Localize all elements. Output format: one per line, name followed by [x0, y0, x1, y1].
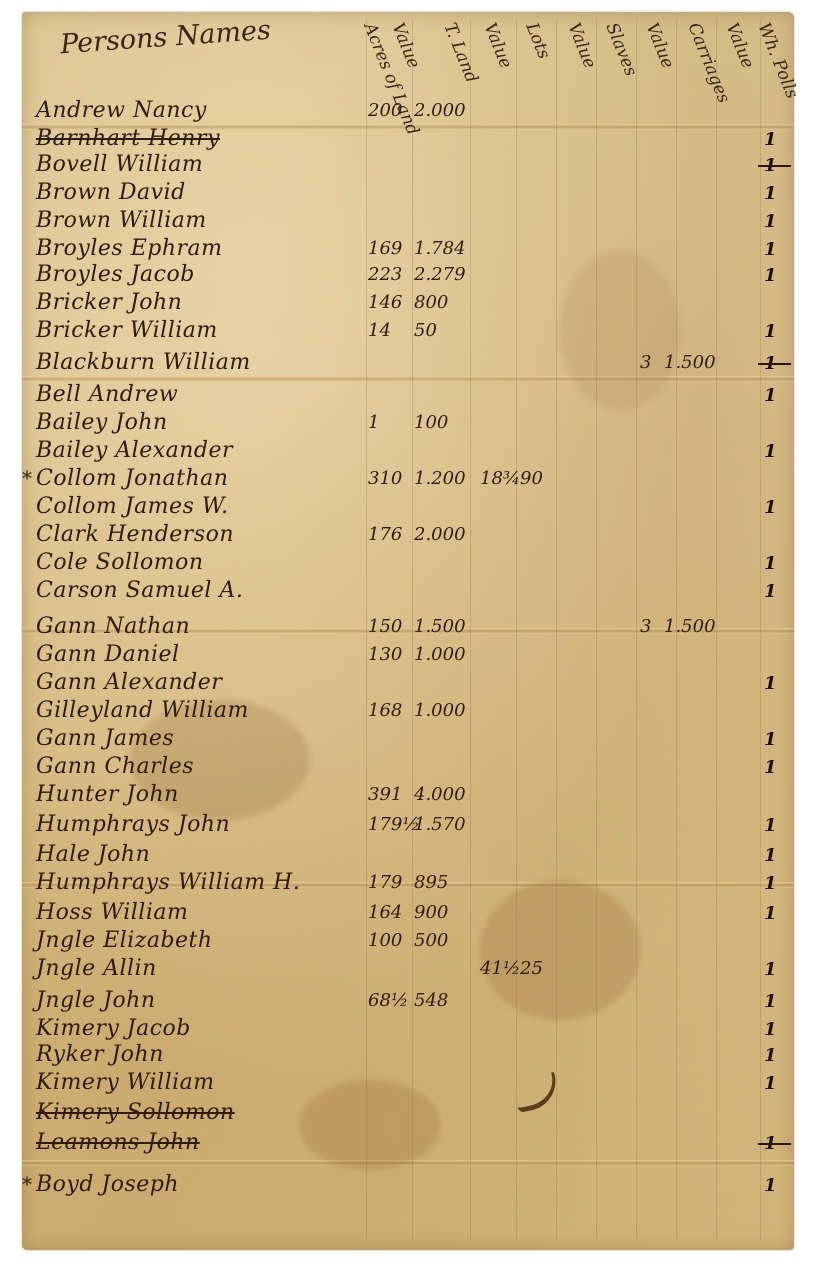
white-polls-tally: 1: [764, 1073, 777, 1094]
land-value: 800: [414, 292, 448, 313]
ledger-row: Jngle Elizabeth100500: [0, 928, 815, 956]
land-value: 2.000: [414, 100, 466, 121]
white-polls-tally: 1: [764, 1019, 777, 1040]
land-value: 50: [414, 320, 437, 341]
ledger-row: Humphrays William H.1798951: [0, 870, 815, 898]
person-name: Boyd Joseph: [36, 1172, 179, 1197]
person-name: Barnhart Henry: [36, 126, 220, 151]
person-name: Clark Henderson: [36, 522, 234, 547]
asterisk-mark: *: [22, 1172, 32, 1196]
ledger-row: *Collom Jonathan3101.20018¾90: [0, 466, 815, 494]
ledger-row: Brown William1: [0, 208, 815, 236]
ledger-row: Kimery William1: [0, 1070, 815, 1098]
acres-of-land: 146: [368, 292, 402, 313]
white-polls-tally: 1: [764, 441, 777, 462]
slaves-value: 1.500: [664, 352, 716, 373]
white-polls-tally: 1: [764, 183, 777, 204]
white-polls-tally: 1: [764, 903, 777, 924]
ledger-row: Gilleyland William1681.000: [0, 698, 815, 726]
slaves-value: 1.500: [664, 616, 716, 637]
white-polls-tally: 1: [764, 155, 777, 176]
ledger-row: Collom James W.1: [0, 494, 815, 522]
ledger-row: Ryker John1: [0, 1042, 815, 1070]
acres-of-land: 164: [368, 902, 402, 923]
acres-of-land: 14: [368, 320, 391, 341]
acres-of-land: 310: [368, 468, 402, 489]
town-land-value: 25: [520, 958, 543, 979]
person-name: Broyles Ephram: [36, 236, 223, 261]
white-polls-tally: 1: [764, 959, 777, 980]
white-polls-tally: 1: [764, 265, 777, 286]
ledger-row: Bricker William14501: [0, 318, 815, 346]
person-name: Bailey John: [36, 410, 168, 435]
town-land-value: 90: [520, 468, 543, 489]
white-polls-tally: 1: [764, 1133, 777, 1154]
white-polls-tally: 1: [764, 757, 777, 778]
white-polls-tally: 1: [764, 673, 777, 694]
ledger-row: Humphrays John179½1.5701: [0, 812, 815, 840]
person-name: Kimery William: [36, 1070, 215, 1095]
ledger-row: Cole Sollomon1: [0, 550, 815, 578]
white-polls-tally: 1: [764, 385, 777, 406]
ledger-row: Gann Daniel1301.000: [0, 642, 815, 670]
ledger-row: Bovell William1: [0, 152, 815, 180]
person-name: Gann Nathan: [36, 614, 190, 639]
town-land: 18¾: [480, 468, 520, 489]
person-name: Jngle Elizabeth: [36, 928, 213, 953]
ledger-row: Andrew Nancy2002.000: [0, 98, 815, 126]
land-value: 1.000: [414, 644, 466, 665]
ledger-row: Hunter John3914.000: [0, 782, 815, 810]
white-polls-tally: 1: [764, 553, 777, 574]
person-name: Broyles Jacob: [36, 262, 195, 287]
white-polls-tally: 1: [764, 1045, 777, 1066]
asterisk-mark: *: [22, 466, 32, 490]
land-value: 4.000: [414, 784, 466, 805]
land-value: 548: [414, 990, 448, 1011]
person-name: Gann Charles: [36, 754, 194, 779]
person-name: Bricker John: [36, 290, 182, 315]
ledger-row: Hale John1: [0, 842, 815, 870]
person-name: Blackburn William: [36, 350, 251, 375]
land-value: 1.784: [414, 238, 466, 259]
acres-of-land: 179: [368, 872, 402, 893]
white-polls-tally: 1: [764, 991, 777, 1012]
person-name: Humphrays John: [36, 812, 230, 837]
acres-of-land: 100: [368, 930, 402, 951]
white-polls-tally: 1: [764, 845, 777, 866]
white-polls-tally: 1: [764, 815, 777, 836]
acres-of-land: 179½: [368, 814, 420, 835]
person-name: Hale John: [36, 842, 150, 867]
person-name: Brown David: [36, 180, 186, 205]
white-polls-tally: 1: [764, 353, 777, 374]
person-name: Ryker John: [36, 1042, 164, 1067]
white-polls-tally: 1: [764, 129, 777, 150]
ledger-row: Barnhart Henry1: [0, 126, 815, 154]
person-name: Leamons John: [36, 1130, 200, 1155]
white-polls-tally: 1: [764, 239, 777, 260]
person-name: Gilleyland William: [36, 698, 249, 723]
land-value: 900: [414, 902, 448, 923]
person-name: Humphrays William H.: [36, 870, 300, 895]
ledger-row: Brown David1: [0, 180, 815, 208]
ledger-row: Leamons John1: [0, 1130, 815, 1158]
ledger-row: Carson Samuel A.1: [0, 578, 815, 606]
person-name: Bell Andrew: [36, 382, 178, 407]
person-name: Gann Alexander: [36, 670, 222, 695]
ledger-row: Kimery Jacob1: [0, 1016, 815, 1044]
ledger-row: Blackburn William31.5001: [0, 350, 815, 378]
person-name: Collom Jonathan: [36, 466, 228, 491]
person-name: Carson Samuel A.: [36, 578, 243, 603]
ledger-row: Broyles Jacob2232.2791: [0, 262, 815, 290]
acres-of-land: 150: [368, 616, 402, 637]
ledger-row: Bailey Alexander1: [0, 438, 815, 466]
ledger-row: Gann Charles1: [0, 754, 815, 782]
ledger-row: Jngle Allin41½251: [0, 956, 815, 984]
acres-of-land: 130: [368, 644, 402, 665]
white-polls-tally: 1: [764, 1175, 777, 1196]
white-polls-tally: 1: [764, 729, 777, 750]
ledger-row: Bell Andrew1: [0, 382, 815, 410]
white-polls-tally: 1: [764, 581, 777, 602]
person-name: Gann Daniel: [36, 642, 180, 667]
person-name: Kimery Jacob: [36, 1016, 191, 1041]
land-value: 500: [414, 930, 448, 951]
ledger-row: Bricker John146800: [0, 290, 815, 318]
ledger-row: Gann James1: [0, 726, 815, 754]
ledger-row: Hoss William1649001: [0, 900, 815, 928]
acres-of-land: 223: [368, 264, 402, 285]
acres-of-land: 176: [368, 524, 402, 545]
person-name: Andrew Nancy: [36, 98, 207, 123]
acres-of-land: 68½: [368, 990, 408, 1011]
ledger-row: Bailey John1100: [0, 410, 815, 438]
ledger-row: Jngle John68½5481: [0, 988, 815, 1016]
person-name: Bovell William: [36, 152, 203, 177]
person-name: Bailey Alexander: [36, 438, 233, 463]
land-value: 2.000: [414, 524, 466, 545]
person-name: Jngle Allin: [36, 956, 157, 981]
acres-of-land: 1: [368, 412, 379, 433]
white-polls-tally: 1: [764, 321, 777, 342]
ledger-row: Clark Henderson1762.000: [0, 522, 815, 550]
person-name: Hunter John: [36, 782, 179, 807]
ledger-row: *Boyd Joseph1: [0, 1172, 815, 1200]
white-polls-tally: 1: [764, 497, 777, 518]
acres-of-land: 169: [368, 238, 402, 259]
person-name: Jngle John: [36, 988, 156, 1013]
land-value: 1.570: [414, 814, 466, 835]
ledger-row: Kimery Sollomon: [0, 1100, 815, 1128]
person-name: Kimery Sollomon: [36, 1100, 235, 1125]
land-value: 1.000: [414, 700, 466, 721]
land-value: 100: [414, 412, 448, 433]
ledger-row: Broyles Ephram1691.7841: [0, 236, 815, 264]
land-value: 895: [414, 872, 448, 893]
slaves-count: 3: [640, 616, 651, 637]
acres-of-land: 200: [368, 100, 402, 121]
person-name: Collom James W.: [36, 494, 229, 519]
person-name: Hoss William: [36, 900, 188, 925]
land-value: 2.279: [414, 264, 466, 285]
ledger-row: Gann Nathan1501.50031.500: [0, 614, 815, 642]
land-value: 1.500: [414, 616, 466, 637]
land-value: 1.200: [414, 468, 466, 489]
white-polls-tally: 1: [764, 873, 777, 894]
acres-of-land: 391: [368, 784, 402, 805]
person-name: Brown William: [36, 208, 207, 233]
acres-of-land: 168: [368, 700, 402, 721]
town-land: 41½: [480, 958, 520, 979]
slaves-count: 3: [640, 352, 651, 373]
person-name: Cole Sollomon: [36, 550, 204, 575]
white-polls-tally: 1: [764, 211, 777, 232]
person-name: Bricker William: [36, 318, 218, 343]
person-name: Gann James: [36, 726, 174, 751]
ledger-row: Gann Alexander1: [0, 670, 815, 698]
